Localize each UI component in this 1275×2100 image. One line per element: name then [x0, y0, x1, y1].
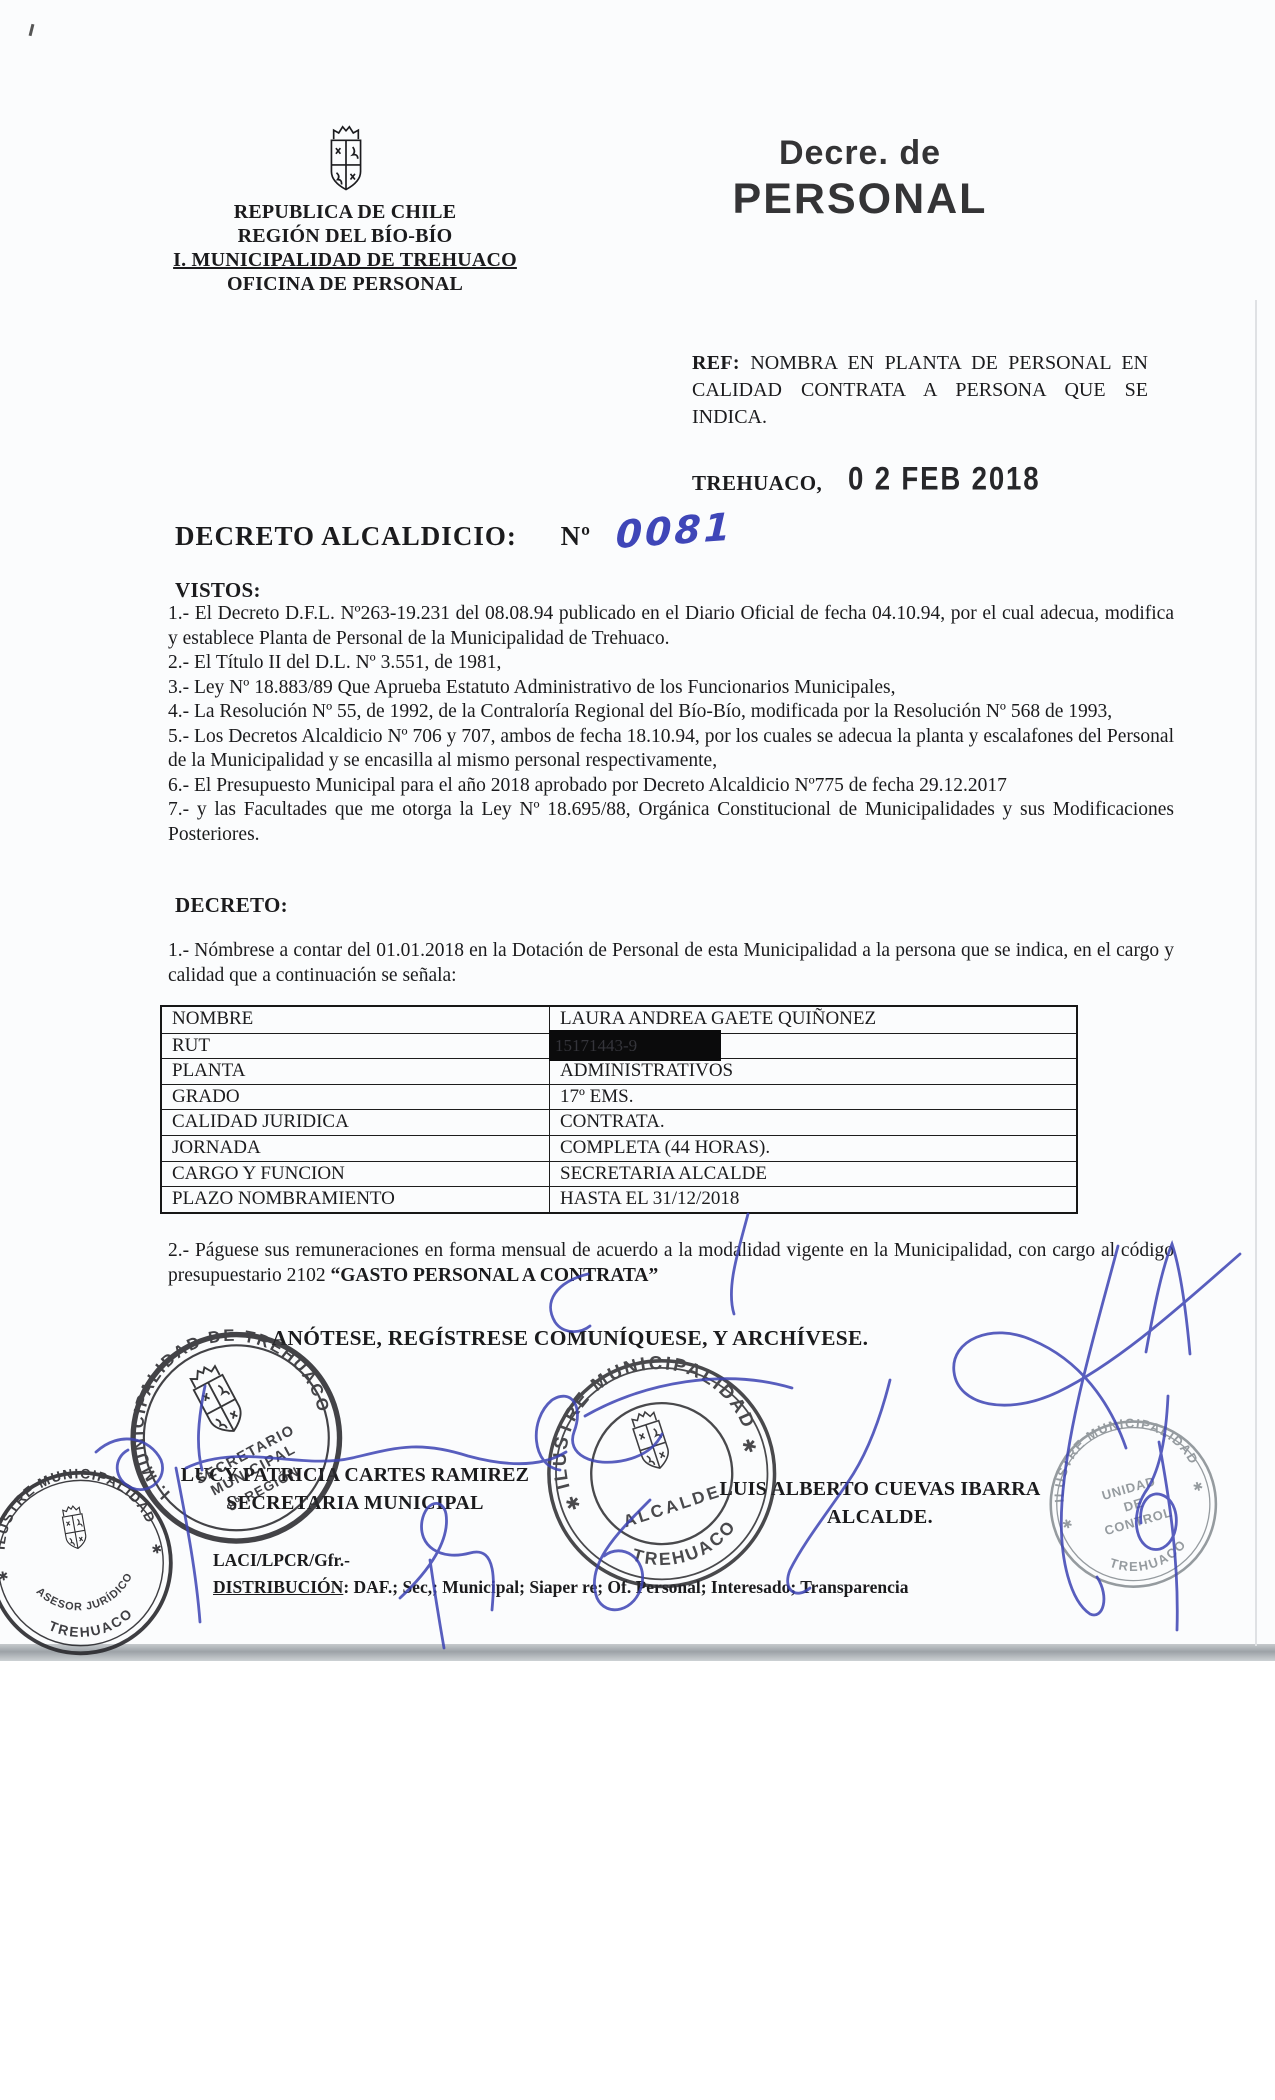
stamp-center-line: ALCALDE — [621, 1482, 724, 1532]
org-header: REPUBLICA DE CHILE REGIÓN DEL BÍO-BÍO I.… — [150, 200, 540, 296]
table-row: PLANTAADMINISTRATIVOS — [162, 1058, 1076, 1084]
table-row: JORNADACOMPLETA (44 HORAS). — [162, 1135, 1076, 1161]
org-line-office: OFICINA DE PERSONAL — [150, 272, 540, 296]
stamp-star-icon: ✱ — [563, 1492, 583, 1516]
vistos-item: 6.- El Presupuesto Municipal para el año… — [168, 774, 1174, 799]
row-label: CARGO Y FUNCION — [162, 1162, 550, 1187]
appointment-table: NOMBRELAURA ANDREA GAETE QUIÑONEZ RUT151… — [160, 1005, 1078, 1214]
date-stamp: 0 2 FEB 2018 — [848, 461, 1040, 498]
row-value: CONTRATA. — [550, 1110, 1076, 1135]
crest-icon — [629, 1409, 672, 1472]
svg-text:TREHUACO: TREHUACO — [1105, 1534, 1194, 1583]
crest-icon — [187, 1362, 248, 1439]
personal-decree-type-stamp: Decre. de PERSONAL — [695, 134, 1025, 224]
budget-code-bold: “GASTO PERSONAL A CONTRATA” — [330, 1265, 658, 1286]
row-label: PLAZO NOMBRAMIENTO — [162, 1187, 550, 1212]
row-label: NOMBRE — [162, 1007, 550, 1033]
stamp-star-icon: ✱ — [1191, 1479, 1205, 1495]
distribution-label: DISTRIBUCIÓN — [213, 1577, 343, 1597]
place-date-line: TREHUACO, 0 2 FEB 2018 — [692, 464, 1057, 498]
table-row: CARGO Y FUNCIONSECRETARIA ALCALDE — [162, 1161, 1076, 1187]
decreto-paragraph-2: 2.- Páguese sus remuneraciones en forma … — [168, 1238, 1174, 1288]
type-stamp-line1: Decre. de — [695, 134, 1025, 173]
row-value: COMPLETA (44 HORAS). — [550, 1136, 1076, 1161]
municipal-crest-icon — [318, 124, 374, 198]
asesor-juridico-stamp: ILUSTRE MUNICIPALIDAD TREHUACO ✱ ✱ ASESO… — [0, 1453, 191, 1678]
row-label: JORNADA — [162, 1136, 550, 1161]
vistos-item: 7.- y las Facultades que me otorga la Le… — [168, 798, 1174, 847]
stamp-star-icon: ✱ — [1061, 1516, 1075, 1532]
row-value: SECRETARIA ALCALDE — [550, 1162, 1076, 1187]
row-label: PLANTA — [162, 1059, 550, 1084]
decree-title: DECRETO ALCALDICIO: — [175, 521, 517, 551]
ref-text: NOMBRA EN PLANTA DE PERSONAL EN CALIDAD … — [692, 352, 1148, 428]
table-row: PLAZO NOMBRAMIENTOHASTA EL 31/12/2018 — [162, 1186, 1076, 1212]
org-line-municipality: I. MUNICIPALIDAD DE TREHUACO — [150, 248, 540, 272]
row-value: 17º EMS. — [550, 1085, 1076, 1110]
stamp-star-icon: ✱ — [0, 1569, 10, 1585]
ref-block: REF: NOMBRA EN PLANTA DE PERSONAL EN CAL… — [692, 350, 1148, 431]
distribution-line: DISTRIBUCIÓN: DAF.; Sec,; Municipal; Sia… — [213, 1577, 908, 1598]
ref-label: REF: — [692, 352, 740, 374]
row-value: 15171443-9 — [550, 1034, 1076, 1059]
crest-icon — [61, 1505, 88, 1550]
decree-title-line: DECRETO ALCALDICIO: Nº 0081 — [175, 510, 733, 554]
table-row: RUT15171443-9 — [162, 1033, 1076, 1059]
decreto-heading: DECRETO: — [175, 893, 288, 918]
row-label: GRADO — [162, 1085, 550, 1110]
paragraph-2-text: 2.- Páguese sus remuneraciones en forma … — [168, 1240, 1174, 1286]
vistos-heading: VISTOS: — [175, 578, 261, 603]
vistos-item: 5.- Los Decretos Alcaldicio Nº 706 y 707… — [168, 725, 1174, 774]
scan-edge-shadow — [0, 1644, 1275, 1661]
row-value: HASTA EL 31/12/2018 — [550, 1187, 1076, 1212]
type-stamp-line2: PERSONAL — [695, 175, 1025, 224]
rut-redaction-box: 15171443-9 — [549, 1030, 721, 1061]
table-row: GRADO17º EMS. — [162, 1084, 1076, 1110]
decreto-paragraph-1: 1.- Nómbrese a contar del 01.01.2018 en … — [168, 938, 1174, 988]
vistos-item: 3.- Ley Nº 18.883/89 Que Aprueba Estatut… — [168, 676, 1174, 701]
org-line-country: REPUBLICA DE CHILE — [150, 200, 540, 224]
vistos-item: 1.- El Decreto D.F.L. Nº263-19.231 del 0… — [168, 602, 1174, 651]
row-label: CALIDAD JURIDICA — [162, 1110, 550, 1135]
vistos-item: 4.- La Resolución Nº 55, de 1992, de la … — [168, 700, 1174, 725]
stamp-ring-text: TREHUACO — [1105, 1534, 1194, 1583]
place-label: TREHUACO, — [692, 471, 822, 496]
stamp-star-icon: ✱ — [739, 1434, 759, 1458]
table-row: CALIDAD JURIDICACONTRATA. — [162, 1109, 1076, 1135]
vistos-item: 2.- El Título II del D.L. Nº 3.551, de 1… — [168, 651, 1174, 676]
vistos-list: 1.- El Decreto D.F.L. Nº263-19.231 del 0… — [168, 602, 1174, 847]
row-value: ADMINISTRATIVOS — [550, 1059, 1076, 1084]
decree-number-label: Nº — [561, 521, 591, 551]
org-line-region: REGIÓN DEL BÍO-BÍO — [150, 224, 540, 248]
decree-number-handwritten: 0081 — [615, 505, 734, 557]
row-label: RUT — [162, 1034, 550, 1059]
page-edge-shadow — [1255, 300, 1257, 1646]
scanned-document: REPUBLICA DE CHILE REGIÓN DEL BÍO-BÍO I.… — [0, 0, 1275, 2100]
